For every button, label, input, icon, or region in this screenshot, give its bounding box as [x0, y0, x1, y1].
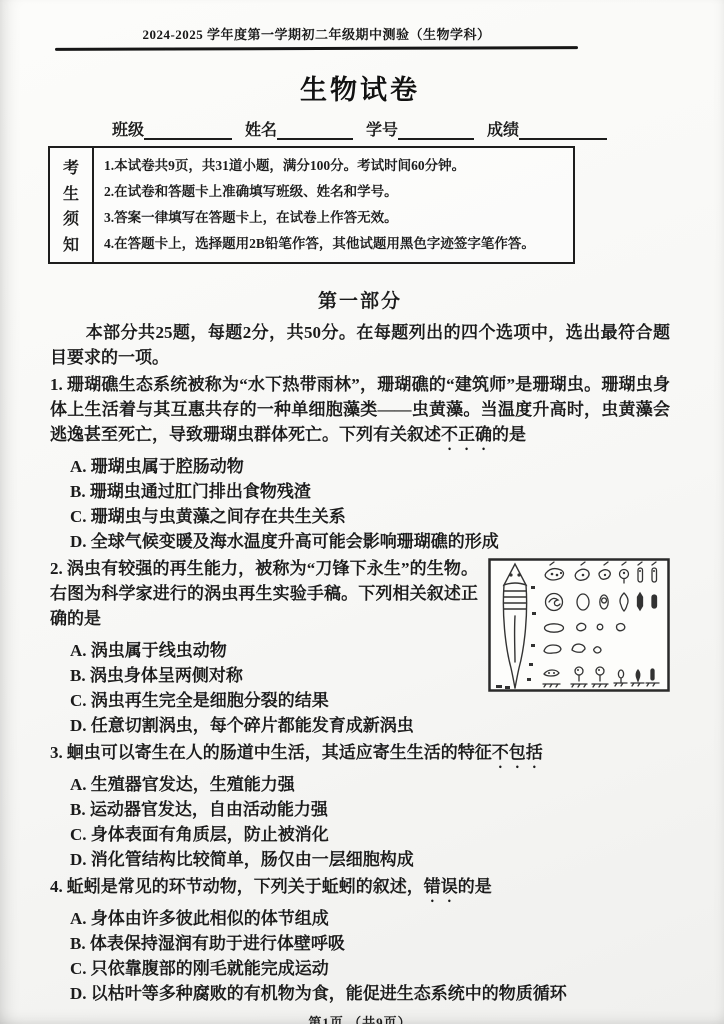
notice-item: 3.答案一律填写在答题卡上，在试卷上作答无效。 [104, 205, 565, 231]
notice-item: 2.在试卷和答题卡上准确填写班级、姓名和学号。 [104, 179, 565, 205]
notice-items: 1.本试卷共9页，共31道小题，满分100分。考试时间60分钟。 2.在试卷和答… [94, 148, 573, 262]
question-3-stem-text: 蛔虫可以寄生在人的肠道中生活，其适应寄生生活的特征 [67, 743, 492, 762]
question-1: 1.珊瑚礁生态系统被称为“水下热带雨林”，珊瑚礁的“建筑师”是珊瑚虫。珊瑚虫身体… [50, 372, 670, 554]
question-4: 4.蚯蚓是常见的环节动物，下列关于蚯蚓的叙述，错误的是 A. 身体由许多彼此相似… [50, 874, 670, 1006]
section-one-intro: 本部分共25题，每题2分，共50分。在每题列出的四个选项中，选出最符合题目要求的… [50, 320, 670, 370]
notice-side-char: 知 [63, 232, 79, 255]
name-label: 姓名 [245, 117, 277, 140]
examinee-notice-box: 考 生 须 知 1.本试卷共9页，共31道小题，满分100分。考试时间60分钟。… [48, 146, 575, 264]
question-2-stem-text: 涡虫有较强的再生能力，被称为“刀锋下永生”的生物。右图为科学家进行的涡虫再生实验… [50, 559, 478, 628]
question-1-stem: 1.珊瑚礁生态系统被称为“水下热带雨林”，珊瑚礁的“建筑师”是珊瑚虫。珊瑚虫身体… [50, 372, 670, 454]
question-3-option-b: B. 运动器官发达，自由活动能力强 [50, 797, 670, 822]
notice-item: 1.本试卷共9页，共31道小题，满分100分。考试时间60分钟。 [104, 153, 565, 179]
notice-side-char: 须 [63, 206, 79, 229]
question-4-number: 4. [50, 877, 63, 896]
question-4-stem-suffix: 的是 [458, 877, 492, 896]
question-3-option-d: D. 消化管结构比较简单，肠仅由一层细胞构成 [50, 847, 670, 872]
score-label: 成绩 [487, 117, 519, 140]
exam-paper-page: 2024-2025 学年度第一学期初二年级期中测验（生物学科） 生物试卷 班级 … [0, 0, 724, 1024]
question-1-stem-text: 珊瑚礁生态系统被称为“水下热带雨林”，珊瑚礁的“建筑师”是珊瑚虫。珊瑚虫身体上生… [50, 375, 670, 444]
question-4-stem-text: 蚯蚓是常见的环节动物，下列关于蚯蚓的叙述， [67, 877, 424, 896]
question-2-number: 2. [50, 559, 63, 578]
question-1-stem-suffix: 的是 [492, 425, 526, 444]
class-label: 班级 [112, 117, 144, 140]
notice-side-char: 生 [63, 181, 79, 204]
question-4-stem: 4.蚯蚓是常见的环节动物，下列关于蚯蚓的叙述，错误的是 [50, 874, 670, 906]
question-1-number: 1. [50, 375, 63, 394]
question-1-option-c: C. 珊瑚虫与虫黄藻之间存在共生关系 [50, 504, 670, 529]
name-blank [277, 121, 353, 140]
student-id-label: 学号 [366, 117, 398, 140]
student-id-blank [398, 121, 474, 140]
paper-title: 生物试卷 [50, 68, 670, 107]
question-4-stem-emphasis: 错误 [424, 877, 458, 896]
notice-item: 4.在答题卡上，选择题用2B铅笔作答，其他试题用黑色字迹签字笔作答。 [104, 231, 565, 257]
name-field: 姓名 [245, 117, 353, 140]
notice-side-char: 考 [63, 155, 79, 178]
score-blank [519, 121, 607, 140]
question-1-stem-emphasis: 不正确 [441, 425, 492, 444]
score-field: 成绩 [487, 117, 607, 140]
question-1-option-a: A. 珊瑚虫属于腔肠动物 [50, 454, 670, 479]
question-1-option-d: D. 全球气候变暖及海水温度升高可能会影响珊瑚礁的形成 [50, 529, 670, 554]
page-number-footer: 第1页 （共9页） [50, 1012, 670, 1024]
student-id-field: 学号 [366, 117, 474, 140]
question-2: 2.涡虫有较强的再生能力，被称为“刀锋下永生”的生物。右图为科学家进行的涡虫再生… [50, 556, 670, 738]
question-4-option-c: C. 只依靠腹部的刚毛就能完成运动 [50, 956, 670, 981]
question-3-stem-emphasis: 不包括 [492, 743, 543, 762]
header-divider [55, 46, 578, 50]
question-3-number: 3. [50, 743, 63, 762]
exam-session-title: 2024-2025 学年度第一学期初二年级期中测验（生物学科） [55, 24, 578, 43]
student-info-row: 班级 姓名 学号 成绩 [112, 117, 670, 140]
question-4-option-d: D. 以枯叶等多种腐败的有机物为食，能促进生态系统中的物质循环 [50, 981, 670, 1006]
class-field: 班级 [112, 117, 232, 140]
question-1-option-b: B. 珊瑚虫通过肛门排出食物残渣 [50, 479, 670, 504]
section-one-title: 第一部分 [50, 286, 670, 313]
class-blank [144, 121, 232, 140]
question-3-stem: 3.蛔虫可以寄生在人的肠道中生活，其适应寄生生活的特征不包括 [50, 740, 670, 772]
question-3-option-a: A. 生殖器官发达，生殖能力强 [50, 772, 670, 797]
question-2-option-d: D. 任意切割涡虫，每个碎片都能发育成新涡虫 [50, 713, 670, 738]
question-4-option-b: B. 体表保持湿润有助于进行体壁呼吸 [50, 931, 670, 956]
question-4-option-a: A. 身体由许多彼此相似的体节组成 [50, 906, 670, 931]
planaria-regeneration-figure [488, 558, 670, 692]
question-3: 3.蛔虫可以寄生在人的肠道中生活，其适应寄生生活的特征不包括 A. 生殖器官发达… [50, 740, 670, 872]
notice-side-label: 考 生 须 知 [50, 148, 94, 262]
question-3-option-c: C. 身体表面有角质层，防止被消化 [50, 822, 670, 847]
